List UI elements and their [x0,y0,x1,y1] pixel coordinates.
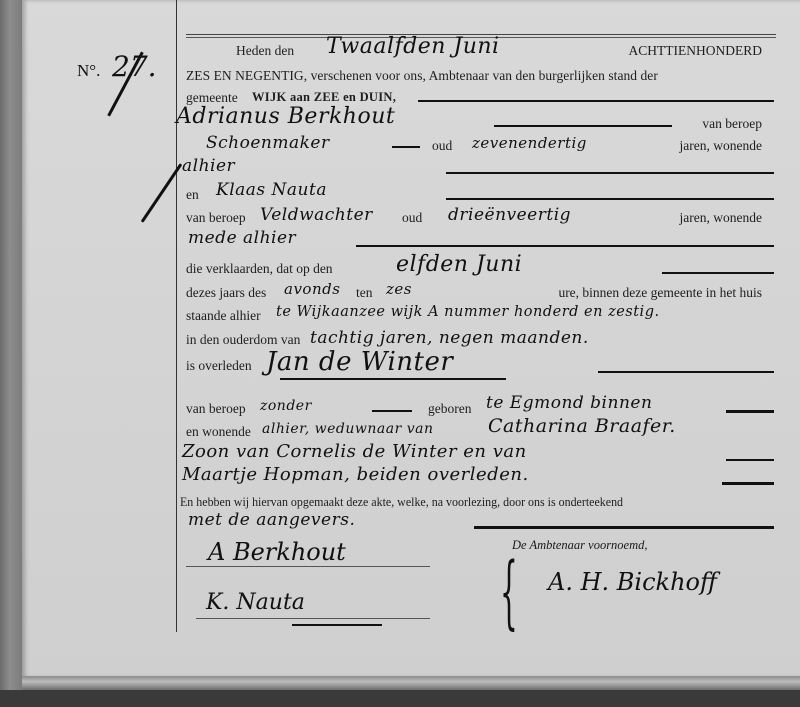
municipality-name: WIJK aan ZEE en DUIN, [252,90,396,105]
handwritten-declarant2-residence: mede alhier [188,228,296,248]
printed-ure-binnen: ure, binnen deze gemeente in het huis [558,285,762,301]
signature-brace: { [500,545,518,638]
line-signed-with: met de aangevers. [186,512,776,532]
fill-rule [722,482,774,485]
handwritten-declarant2-age: drieënveertig [448,205,571,225]
line-declarant1-details: Schoenmaker oud zevenendertig jaren, won… [186,135,776,155]
fill-rule [446,172,774,174]
handwritten-father: Zoon van Cornelis de Winter en van [182,441,527,462]
signature-line-1 [186,566,430,567]
printed-year-part2: ZES EN NEGENTIG, verschenen voor ons, Am… [186,68,658,84]
signature-witness2: K. Nauta [206,590,305,615]
line-deceased: is overleden Jan de Winter [186,353,776,373]
handwritten-deceased-occupation: zonder [260,398,312,414]
fill-dash [392,146,420,148]
printed-dezes-jaars: dezes jaars des [186,285,266,301]
handwritten-hour: zes [386,280,412,298]
handwritten-mother: Maartje Hopman, beiden overleden. [182,464,529,485]
signature-witness1: A Berkhout [208,538,346,566]
official-label: De Ambtenaar voornoemd, [512,538,648,553]
line-declarant2-residence: mede alhier [186,230,776,250]
handwritten-signed-with: met de aangevers. [188,510,355,530]
printed-van-beroep: van beroep [186,210,246,226]
printed-van-beroep: van beroep [702,116,762,132]
line-parents-father: Zoon van Cornelis de Winter en van [186,444,776,464]
handwritten-deceased-name: Jan de Winter [266,347,453,377]
handwritten-declarant2-name: Klaas Nauta [216,180,327,200]
printed-geboren: geboren [428,401,471,417]
handwritten-date: Twaalfden Juni [326,34,500,59]
line-age: in den ouderdom van tachtig jaren, negen… [186,329,776,349]
printed-is-overleden: is overleden [186,358,252,374]
printed-year-part1: ACHTTIENHONDERD [629,43,762,59]
handwritten-declarant1-occupation: Schoenmaker [206,133,330,153]
fill-rule [418,100,774,102]
printed-ten: ten [356,285,373,301]
fill-rule [598,371,774,373]
signature-official: A. H. Bickhoff [548,568,717,596]
printed-en: en [186,187,199,203]
fill-rule [494,125,672,127]
handwritten-birthplace: te Egmond binnen [486,393,652,413]
line-declarant2: en Klaas Nauta [186,184,776,204]
handwritten-residence-widower: alhier, weduwnaar van [262,421,434,437]
printed-van-beroep: van beroep [186,401,246,417]
line-declarant1: Adrianus Berkhout van beroep [186,110,776,130]
line-declarant1-residence: alhier [186,158,776,178]
printed-staande-alhier: staande alhier [186,308,261,324]
printed-oud: oud [432,138,452,154]
printed-jaren-wonende: jaren, wonende [680,138,762,154]
book-binding [0,0,24,707]
line-death-date: die verklaarden, dat op den elfden Juni [186,258,776,278]
margin-rule [176,0,177,632]
line-house: staande alhier te Wijkaanzee wijk A numm… [186,305,776,325]
printed-jaren-wonende: jaren, wonende [680,210,762,226]
fill-rule [726,459,774,461]
line-date: Heden den Twaalfden Juni ACHTTIENHONDERD [186,40,776,60]
handwritten-declarant1-age: zevenendertig [472,134,587,152]
line-closing: En hebben wij hiervan opgemaakt deze akt… [186,491,776,511]
handwritten-spouse-name: Catharina Braafer. [488,415,676,437]
name-underline [280,378,506,380]
signature-line-2 [196,618,430,619]
line-residence-spouse: en wonende alhier, weduwnaar van Cathari… [186,421,776,441]
line-year: ZES EN NEGENTIG, verschenen voor ons, Am… [186,66,776,86]
handwritten-daypart: avonds [284,280,340,298]
printed-closing-statement: En hebben wij hiervan opgemaakt deze akt… [180,494,623,510]
fill-dash [372,410,412,412]
printed-ouderdom: in den ouderdom van [186,332,300,348]
handwritten-declarant2-occupation: Veldwachter [260,205,373,225]
handwritten-declarant1-name: Adrianus Berkhout [176,104,395,129]
handwritten-address: te Wijkaanzee wijk A nummer honderd en z… [276,304,660,320]
printed-die-verklaarden: die verklaarden, dat op den [186,261,333,277]
record-number-label: N°. [77,61,100,81]
line-declarant2-details: van beroep Veldwachter oud drieënveertig… [186,207,776,227]
fill-rule [726,410,774,413]
line-parents-mother: Maartje Hopman, beiden overleden. [186,468,776,488]
fill-rule [356,245,774,247]
fill-rule [662,272,774,274]
line-occupation-birth: van beroep zonder geboren te Egmond binn… [186,398,776,418]
fill-rule [474,526,774,529]
line-death-time: dezes jaars des avonds ten zes ure, binn… [186,282,776,302]
handwritten-death-date: elfden Juni [396,252,522,277]
handwritten-deceased-age: tachtig jaren, negen maanden. [310,328,589,348]
printed-heden-den: Heden den [236,43,294,59]
fill-rule [446,198,774,200]
handwritten-declarant1-residence: alhier [182,156,235,176]
printed-en-wonende: en wonende [186,424,251,440]
signature-underline [292,624,382,626]
page-bottom-edge [22,676,800,690]
printed-oud: oud [402,210,422,226]
bottom-background [0,690,800,707]
